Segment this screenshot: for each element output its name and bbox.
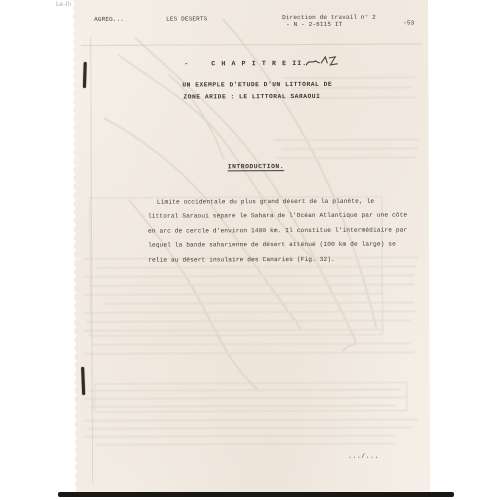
paragraph-line: lequel la bande saharienne de désert att…	[148, 238, 416, 254]
section-heading: INTRODUCTION.	[228, 163, 284, 170]
paragraph-line: en arc de cercle d'environ 1400 km. Il c…	[148, 223, 416, 239]
header-rule-bleed	[81, 43, 421, 45]
body-paragraph: Limite occidentale du plus grand désert …	[148, 195, 416, 268]
header-document-title: LES DESERTS	[166, 15, 207, 22]
margin-fold-line	[90, 38, 93, 483]
chapter-subtitle-line1: UN EXEMPLE D'ETUDE D'UN LITTORAL DE	[182, 81, 332, 89]
continuation-marker: .../...	[348, 453, 379, 460]
header-course-label: AGREG...	[94, 16, 124, 23]
handwritten-annotation-icon	[304, 54, 340, 69]
torn-left-edge	[71, 0, 79, 493]
header-page-number: -53	[403, 20, 414, 27]
staple-mark-top	[83, 62, 86, 88]
paragraph-line: littoral Saraoui sépare le Sahara de l'O…	[148, 209, 416, 225]
header-direction-line2: - N - 2-6115 IT	[286, 21, 342, 28]
chapter-dash: -	[184, 60, 188, 67]
chapter-subtitle-line2: ZONE ARIDE : LE LITTORAL SARAOUI	[183, 93, 320, 101]
scanned-document-photo: Le-livre.com	[0, 0, 500, 500]
scanned-page: AGREG... LES DESERTS Direction de travai…	[73, 0, 430, 493]
paragraph-line: relie au désert insulaire des Canaries (…	[148, 252, 416, 268]
bottom-edge-shadow	[58, 492, 454, 497]
paragraph-line: Limite occidentale du plus grand désert …	[148, 195, 416, 211]
staple-mark-bottom	[81, 367, 85, 395]
chapter-heading: C H A P I T R E II.	[211, 60, 307, 67]
